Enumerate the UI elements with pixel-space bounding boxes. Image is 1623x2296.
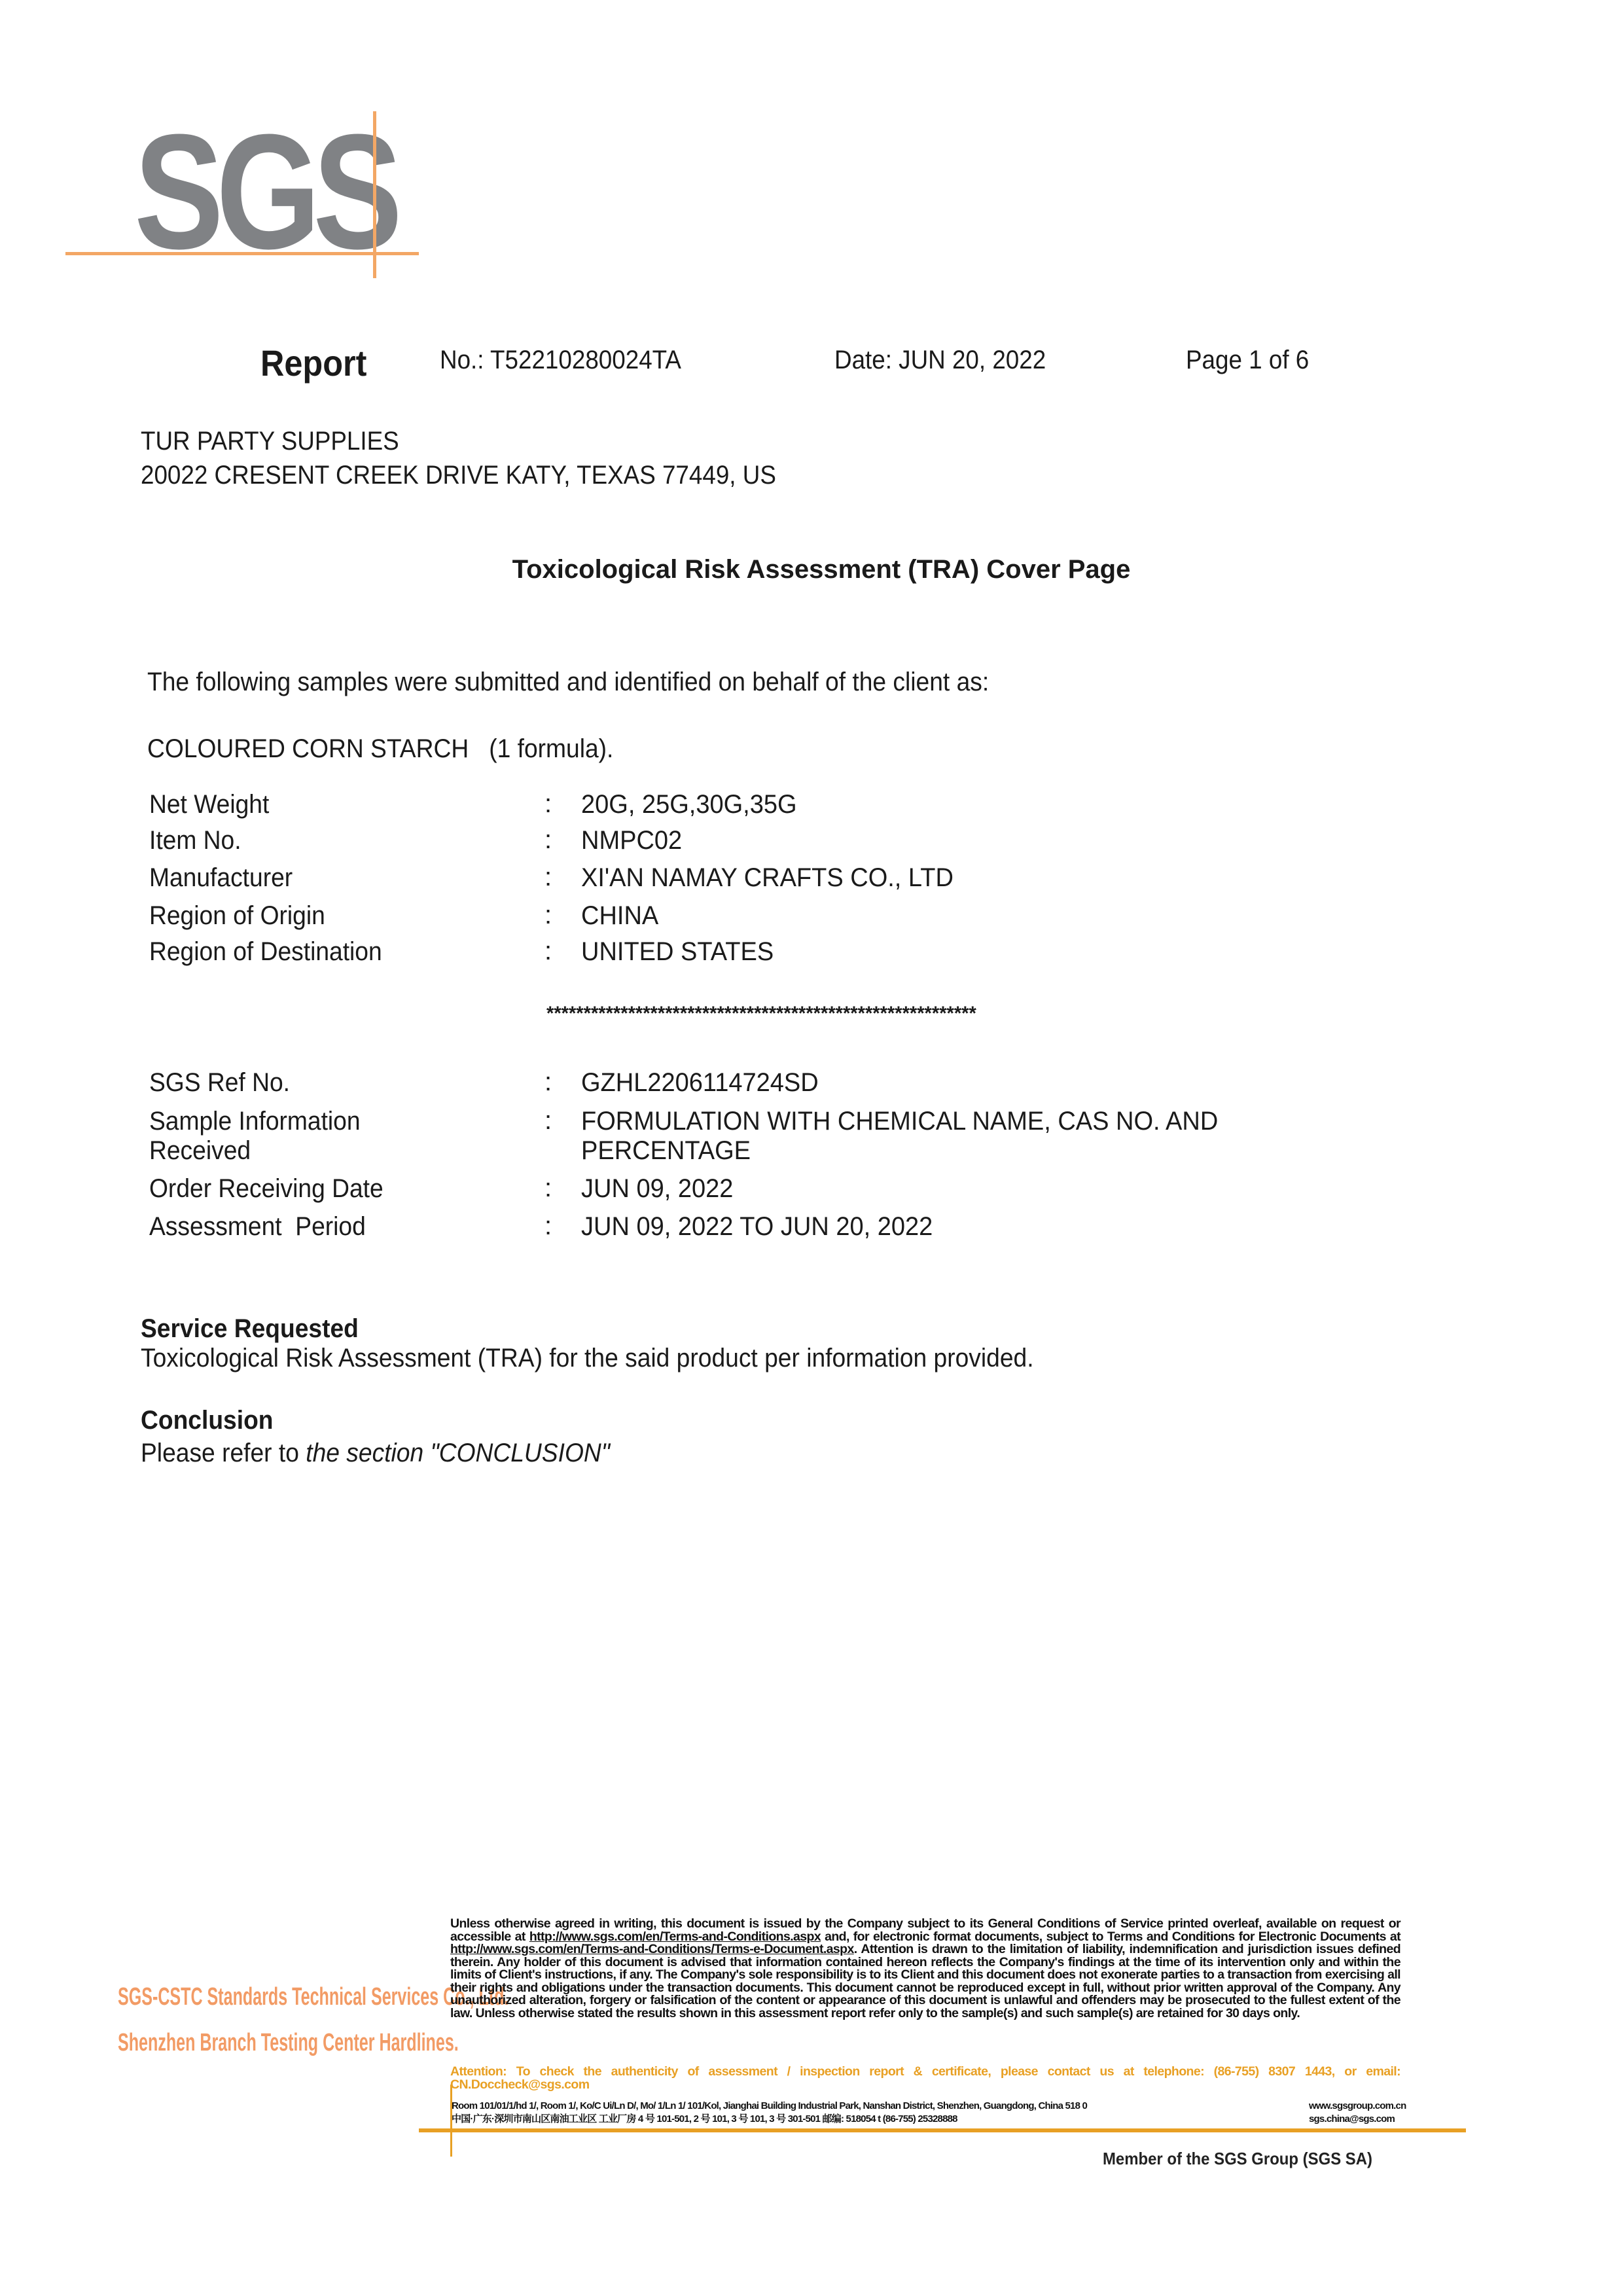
client-address: 20022 CRESENT CREEK DRIVE KATY, TEXAS 77… <box>141 461 776 490</box>
email-link[interactable]: sgs.china@sgs.com <box>1309 2113 1395 2126</box>
conclusion-plain: Please refer to <box>141 1439 306 1467</box>
detail-colon: : <box>544 1106 552 1136</box>
detail-label: Item No. <box>149 825 241 855</box>
intro-text: The following samples were submitted and… <box>147 668 989 697</box>
detail-value: FORMULATION WITH CHEMICAL NAME, CAS NO. … <box>581 1106 1218 1136</box>
detail-colon: : <box>544 1067 552 1097</box>
service-text: Toxicological Risk Assessment (TRA) for … <box>141 1344 1034 1373</box>
detail-label: Order Receiving Date <box>149 1174 383 1204</box>
logo-wordmark: SGS <box>134 110 395 274</box>
member-statement: Member of the SGS Group (SGS SA) <box>1103 2149 1372 2169</box>
product-name: COLOURED CORN STARCH (1 formula). <box>147 734 613 764</box>
detail-value: GZHL2206114724SD <box>581 1067 819 1098</box>
conclusion-text: Please refer to the section "CONCLUSION" <box>141 1439 610 1468</box>
detail-value: UNITED STATES <box>581 937 774 967</box>
detail-label: SGS Ref No. <box>149 1067 290 1098</box>
footer-vertical-mark <box>450 2085 452 2157</box>
detail-label: Manufacturer <box>149 863 293 893</box>
website-link[interactable]: www.sgsgroup.com.cn <box>1309 2100 1406 2113</box>
logo-vertical-line <box>373 111 376 278</box>
detail-value: NMPC02 <box>581 825 682 855</box>
detail-colon: : <box>544 789 552 819</box>
address-en-text: Room 101/01/1/hd 1/, Room 1/, Ko/C Ui/Ln… <box>452 2100 1087 2111</box>
detail-label: Assessment Period <box>149 1211 366 1242</box>
detail-label-continued: Received <box>149 1136 251 1166</box>
report-date: Date: JUN 20, 2022 <box>834 346 1046 375</box>
client-name: TUR PARTY SUPPLIES <box>141 427 399 456</box>
asterisk-separator: ****************************************… <box>546 1003 976 1025</box>
detail-value: JUN 09, 2022 <box>581 1174 733 1204</box>
address-cn-text: 中国·广东·深圳市南山区南油工业区 工业厂房 4 号 101-501, 2 号 … <box>452 2113 957 2125</box>
page-indicator: Page 1 of 6 <box>1186 346 1309 375</box>
detail-colon: : <box>544 1174 552 1203</box>
service-heading: Service Requested <box>141 1314 359 1344</box>
detail-value: CHINA <box>581 901 658 931</box>
detail-value-continued: PERCENTAGE <box>581 1136 751 1166</box>
detail-colon: : <box>544 825 552 855</box>
detail-colon: : <box>544 901 552 930</box>
detail-colon: : <box>544 937 552 966</box>
conclusion-italic: the section "CONCLUSION" <box>306 1439 610 1467</box>
detail-value: 20G, 25G,30G,35G <box>581 789 797 819</box>
report-number: No.: T52210280024TA <box>440 346 681 375</box>
detail-label: Region of Origin <box>149 901 325 931</box>
footer-company-line2: Shenzhen Branch Testing Center Hardlines… <box>118 2029 459 2057</box>
detail-label: Region of Destination <box>149 937 382 967</box>
authenticity-notice: Attention: To check the authenticity of … <box>450 2065 1400 2091</box>
address-english: Room 101/01/1/hd 1/, Room 1/, Ko/C Ui/Ln… <box>452 2100 1420 2113</box>
conclusion-heading: Conclusion <box>141 1406 274 1435</box>
detail-value: JUN 09, 2022 TO JUN 20, 2022 <box>581 1211 933 1242</box>
detail-label: Sample Information <box>149 1106 361 1136</box>
footer-divider <box>419 2128 1466 2132</box>
report-label: Report <box>260 342 366 384</box>
detail-colon: : <box>544 863 552 892</box>
detail-colon: : <box>544 1211 552 1241</box>
document-title: Toxicological Risk Assessment (TRA) Cove… <box>0 555 1623 584</box>
address-chinese: 中国·广东·深圳市南山区南油工业区 工业厂房 4 号 101-501, 2 号 … <box>452 2113 1420 2126</box>
logo-horizontal-line <box>65 252 419 255</box>
detail-label: Net Weight <box>149 789 269 819</box>
detail-value: XI'AN NAMAY CRAFTS CO., LTD <box>581 863 954 893</box>
office-address: Room 101/01/1/hd 1/, Room 1/, Ko/C Ui/Ln… <box>452 2100 1420 2126</box>
legal-disclaimer: Unless otherwise agreed in writing, this… <box>450 1918 1400 2020</box>
